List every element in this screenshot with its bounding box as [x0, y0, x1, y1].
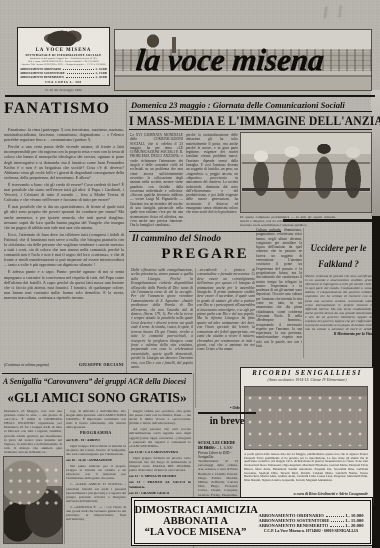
sinodo-top-rule	[129, 231, 281, 232]
bench-backrest	[242, 162, 370, 164]
amici-programma-title: PROGRAMMA	[66, 431, 126, 435]
amici-activity: 1. «CARO AMICO TI SCRIVO» : cartelloni b…	[66, 482, 126, 502]
subscribe-rates: ABBONAMENTO ORDINARIOL. 10.000 ABBONAMEN…	[257, 501, 370, 543]
rate-value: L. 20.000	[96, 75, 107, 79]
schedule-time: ore 10 - 11,30 : ANIMAZIONE	[66, 458, 126, 462]
rate-label: ABBONAMENTO BENEMERITO	[259, 523, 329, 528]
amici-col1: Domenica 23 Maggio, non sarà una giornat…	[4, 409, 62, 453]
subscribe-slogan-line1: DIMOSTRACI AMICIZIA	[135, 505, 257, 516]
amici-kicker: A Senigallia “Carovanvera” dei gruppi AC…	[3, 377, 184, 386]
subscribe-ccp: C.C.P. La Voce Misena n. 10714602 - 6001…	[259, 529, 364, 533]
dotted-leader	[326, 516, 344, 517]
subscribe-slogan-line2: ABBONATI A	[135, 516, 257, 527]
inbreve-item-sub1: Ed. Paoline – L. 6.500	[198, 446, 238, 450]
schedule-desc: Ogni gruppo formerà un piccolo carro iti…	[129, 456, 191, 472]
amici-top-rule	[2, 373, 192, 374]
sinodo-headline: PREGARE	[129, 246, 281, 263]
dotted-leader	[331, 521, 343, 522]
main-article-col1: La XVI GIORNATA MONDIALE delle COMUNICAZ…	[130, 133, 183, 228]
fanatismo-paragraph: È mai possibile che si dia un «patriotti…	[4, 204, 124, 229]
class-photo-faces	[246, 394, 366, 446]
amici-col3-paragraph: Ad ogni persona che sarà toccata dall'an…	[129, 427, 191, 447]
rate-value: L. 20.000	[346, 523, 364, 528]
dotted-leader	[66, 77, 94, 78]
falkland-body: Mentre centinaia di giovani vite sono sa…	[305, 274, 372, 330]
masthead-crest-image	[42, 29, 86, 46]
masthead-copy-price: UNA COPIA L. 300	[20, 80, 107, 84]
acr-photo-faces	[7, 466, 59, 506]
masthead-box-line3: Autorizz. Trib. Ancona 18.XI.1963 n. 239…	[20, 63, 107, 66]
subscribe-slogan-line3: “LA VOCE MISENA”	[135, 527, 257, 538]
fanatismo-paragraph: È riservando a Juan: chi gli credo di es…	[4, 182, 124, 202]
falkland-headline-line2: Falkland ?	[305, 259, 372, 269]
ricordi-title: RICORDI SENIGALLIESI	[241, 370, 373, 377]
falkland-headline-line1: Uccidere per le	[305, 243, 372, 253]
rate-label: ABBONAMENTO BENEMERITO	[20, 75, 64, 79]
amici-col3-paragraph: meglio ritiene per «parlare» alla gente …	[129, 409, 191, 425]
fanatismo-paragraph: Fanatismo: fa rima (purtroppo !) con ter…	[4, 127, 124, 142]
main-kicker: Domenica 23 maggio : Giornata delle Comu…	[131, 100, 345, 110]
bench-figure	[278, 146, 306, 204]
schedule-time: ore 9,30 - 10 : ARRIVI	[66, 438, 126, 442]
amici-headline: «GLI AMICI SONO GRATIS»	[2, 390, 192, 406]
fanatismo-headline: FANATISMO	[4, 100, 110, 118]
ricordi-subtitle: (Anno scolastico 1914-15. Classe IV Elem…	[241, 377, 373, 382]
kicker-rule	[129, 111, 372, 112]
scan-smudge	[296, 4, 367, 20]
amici-activity: 2. «AMICIZIA E' ...» : con l'aiuto di du…	[66, 505, 126, 521]
bench-figure	[248, 150, 274, 202]
inbreve-top-rule	[198, 412, 256, 414]
left-column-vrule	[126, 99, 127, 373]
amici-col-vrule	[64, 409, 65, 544]
subscribe-box: DIMOSTRACI AMICIZIA ABBONATI A “LA VOCE …	[131, 497, 373, 546]
inbreve-item-sub2: Presso Libreria DID - Senigallia	[198, 451, 238, 459]
sinodo-kicker: Il cammino del Sinodo	[132, 234, 221, 244]
main-article-col2: perché la razionalizzazione delle abitaz…	[186, 133, 238, 228]
fanatismo-body: Fanatismo: fa rima (purtroppo !) con ter…	[4, 127, 124, 360]
falkland-vrule	[303, 228, 304, 358]
dotted-leader	[63, 69, 94, 70]
subscribe-box-inner: DIMOSTRACI AMICIZIA ABBONATI A “LA VOCE …	[134, 500, 371, 544]
bench-figure	[340, 147, 366, 204]
scan-edge-shade	[371, 90, 380, 216]
bench-figure	[310, 144, 338, 204]
acr-group-photo	[3, 456, 63, 544]
main-headline: I MASS-MEDIA E L'IMMAGINE DELL'ANZIANO	[129, 114, 355, 129]
masthead-info-box: LA VOCE MISENA SETTIMANALE DI INFORMAZIO…	[17, 27, 110, 86]
dotted-leader	[330, 526, 343, 527]
amici-col-vrule	[128, 409, 129, 495]
continua-note: (Continua in ultima pagina)	[4, 362, 49, 367]
falkland-signature: Il Movimento per la Vita	[305, 332, 372, 336]
schedule-time: ore 15 : GRANDE GIOCO	[129, 491, 191, 495]
inbreve-title: in breve	[198, 416, 256, 427]
class-photo	[244, 386, 368, 450]
fanatismo-paragraph: E adesso punto e a capo. Punto: perché o…	[4, 269, 124, 300]
ricordi-caption: A pochi giorni dalla festosa data del 24…	[244, 453, 368, 490]
amici-col2: logo di amicizia e dell'amicizia, allo s…	[66, 409, 126, 547]
newspaper-page: LA VOCE MISENA SETTIMANALE DI INFORMAZIO…	[0, 0, 380, 548]
schedule-desc: Nel punto indicato per il proprio Gruppo…	[66, 464, 126, 480]
subscribe-slogan: DIMOSTRACI AMICIZIA ABBONATI A “LA VOCE …	[135, 501, 257, 543]
schedule-time: ore 11,30 : LA CAROVANVERA	[129, 450, 191, 454]
sinodo-vrule	[195, 268, 196, 408]
schedule-desc: Ogni Gruppo Parrocchiale si sistema in u…	[66, 444, 126, 456]
amici-col2-intro: logo di amicizia e dell'amicizia, allo s…	[66, 409, 126, 429]
masthead-rate-row: ABBONAMENTO BENEMERITOL. 20.000	[20, 75, 107, 79]
schedule-time: ore 13 : PRANZO AL SACCO in Seminario.	[129, 480, 191, 488]
masthead-script-title: la voce misena	[134, 42, 378, 78]
subscribe-rate-row: ABBONAMENTO BENEMERITOL. 20.000	[259, 523, 364, 528]
fanatismo-footer: (Continua in ultima pagina) GIUSEPPE ORC…	[4, 362, 124, 367]
dotted-leader	[67, 73, 94, 74]
headline-rule	[129, 129, 372, 130]
bench-photo	[240, 132, 372, 213]
bench-seat	[242, 188, 370, 191]
fanatismo-author: GIUSEPPE ORCIANI	[79, 362, 124, 367]
fanatismo-paragraph: Perché a una certa punta delle vicende u…	[4, 144, 124, 180]
ricordi-box: RICORDI SENIGALLIESI (Anno scolastico 19…	[240, 367, 374, 505]
schedule-time: ore 12 : S. MESSA IN DUOMO	[129, 474, 191, 478]
masthead-issue-line: N. 20 del 20 maggio 1982	[17, 88, 110, 92]
amici-col3: meglio ritiene per «parlare» alla gente …	[129, 409, 191, 495]
fanatismo-paragraph: Ecco, l'attentato di Juan deve far rifle…	[4, 232, 124, 268]
masthead-divider-rule	[5, 95, 375, 97]
ricordi-credit: a cura di Rino Girolimetti e Adrio Casag…	[244, 492, 368, 496]
falkland-top-rule	[283, 219, 373, 222]
